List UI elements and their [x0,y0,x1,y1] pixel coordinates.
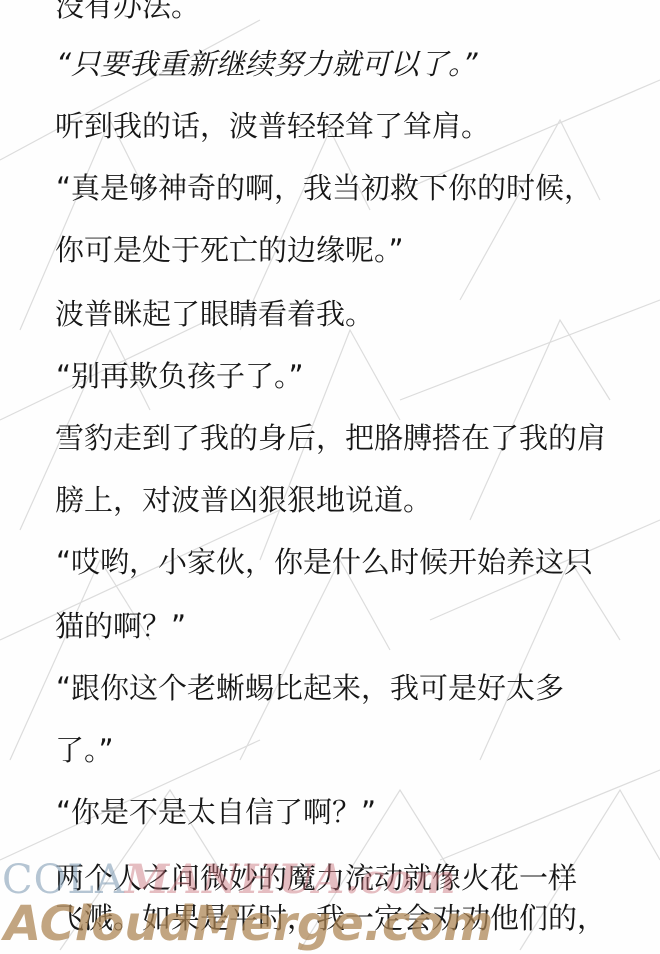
dialogue-line: “你是不是太自信了啊？” [56,794,376,830]
text-line: 听到我的话，波普轻轻耸了耸肩。 [55,108,490,144]
text-line: 雪豹走到了我的身后，把胳膊搭在了我的肩 [55,420,606,456]
dialogue-line: “跟你这个老蜥蜴比起来，我可是好太多 [56,670,564,706]
text-line: 两个人之间微妙的魔力流动就像火花一样 [55,860,577,896]
text-line: 你可是处于死亡的边缘呢。” [55,232,404,268]
document-page: 没有办法。 “只要我重新继续努力就可以了。” 听到我的话，波普轻轻耸了耸肩。 “… [0,0,660,954]
text-line: 飞溅。如果是平时，我一定会劝劝他们的， [55,900,606,936]
text-line: 膀上，对波普凶狠狠地说道。 [55,482,432,518]
dialogue-line: “真是够神奇的啊，我当初救下你的时候， [56,170,593,206]
text-line: 波普眯起了眼睛看着我。 [55,296,374,332]
text-line: 猫的啊？” [55,608,186,644]
dialogue-line: “别再欺负孩子了。” [56,358,304,394]
dialogue-line: “哎哟，小家伙，你是什么时候开始养这只 [56,544,593,580]
text-line: 没有办法。 [55,0,200,24]
dialogue-line: “只要我重新继续努力就可以了。” [56,46,478,82]
text-line: 了。” [55,732,114,768]
